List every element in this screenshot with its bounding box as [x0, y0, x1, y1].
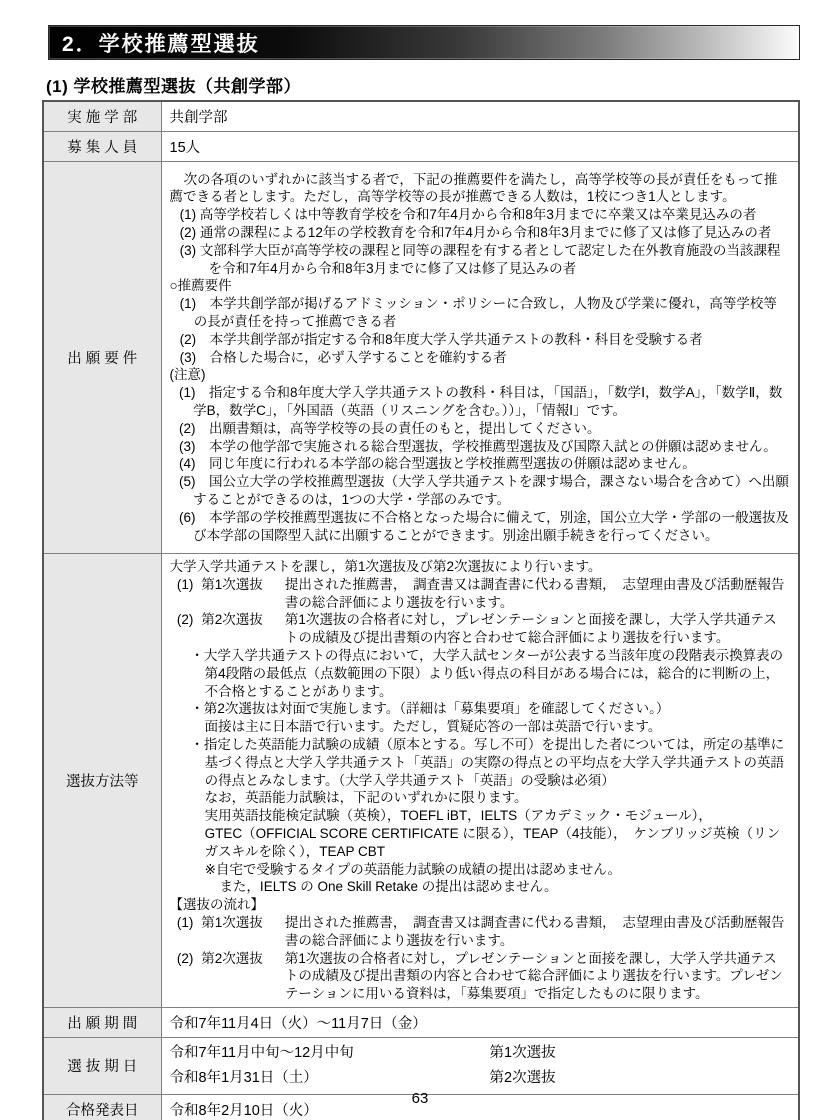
subsection-title: (1) 学校推薦型選抜（共創学部）	[46, 72, 301, 97]
table-row-requirements: 出 願 要 件 次の各項のいずれかに該当する者で，下記の推薦要件を満たし，高等学…	[43, 162, 799, 554]
item-marker: (2)	[170, 950, 202, 1003]
text-line: (5) 国公立大学の学校推薦型選抜（大学入学共通テストを課す場合，課さない場合を…	[170, 473, 791, 509]
text-line: 実用英語技能検定試験（英検），TOEFL iBT，IELTS（アカデミック・モジ…	[170, 807, 791, 825]
item-body: 提出された推薦書， 調査書又は調査書に代わる書類， 志望理由書及び活動歴報告書の…	[285, 576, 790, 612]
text-line: (注意)	[170, 366, 791, 384]
item-name: 第2次選抜	[201, 950, 285, 1003]
text-line: (3) 本学の他学部で実施される総合型選抜，学校推薦型選抜及び国際入試との併願は…	[170, 438, 791, 456]
text-line: (4) 同じ年度に行われる本学部の総合型選抜と学校推薦型選抜の併願は認めません。	[170, 455, 791, 473]
text-line: 次の各項のいずれかに該当する者で，下記の推薦要件を満たし，高等学校等の長が責任を…	[170, 171, 791, 207]
text-line: (1) 本学共創学部が掲げるアドミッション・ポリシーに合致し，人物及び学業に優れ…	[170, 295, 791, 331]
selection-date: 令和8年1月31日（土）	[170, 1066, 490, 1091]
table-row-capacity: 募 集 人 員 15人	[43, 132, 799, 162]
text-line: (2)第2次選抜第1次選抜の合格者に対し，プレゼンテーションと面接を課し，大学入…	[170, 950, 791, 1003]
selection-date-line: 令和8年1月31日（土） 第2次選抜	[170, 1066, 791, 1091]
row-value-method: 大学入学共通テストを課し，第1次選抜及び第2次選抜により行います。(1)第1次選…	[161, 554, 799, 1008]
text-line: ・指定した英語能力試験の成績（原本とする。写し不可）を提出した者については，所定…	[170, 736, 791, 789]
text-line: 大学入学共通テストを課し，第1次選抜及び第2次選抜により行います。	[170, 558, 791, 576]
row-label-faculty: 実 施 学 部	[43, 101, 161, 132]
row-label-requirements: 出 願 要 件	[43, 162, 161, 554]
item-name: 第1次選抜	[201, 914, 285, 950]
page-number: 63	[0, 1090, 840, 1107]
section-title: 2．学校推薦型選抜	[49, 28, 260, 58]
row-value-selection-dates: 令和7年11月中旬～12月中旬 第1次選抜 令和8年1月31日（土） 第2次選抜	[161, 1037, 799, 1094]
item-marker: (2)	[170, 611, 202, 647]
item-body: 第1次選抜の合格者に対し，プレゼンテーションと面接を課し，大学入学共通テストの成…	[285, 950, 790, 1003]
text-line: GTEC（OFFICIAL SCORE CERTIFICATE に限る），TEA…	[170, 825, 791, 861]
item-marker: (1)	[170, 914, 202, 950]
text-line: (2) 通常の課程による12年の学校教育を令和7年4月から令和8年3月までに修了…	[170, 224, 791, 242]
row-value-requirements: 次の各項のいずれかに該当する者で，下記の推薦要件を満たし，高等学校等の長が責任を…	[161, 162, 799, 554]
selection-stage: 第2次選抜	[490, 1066, 791, 1091]
text-line: ○推薦要件	[170, 277, 791, 295]
selection-date: 令和7年11月中旬～12月中旬	[170, 1041, 490, 1066]
text-line: 【選抜の流れ】	[170, 896, 791, 914]
text-line: ・第2次選抜は対面で実施します。（詳細は「募集要項」を確認してください。）	[170, 700, 791, 718]
row-label-application-period: 出 願 期 間	[43, 1007, 161, 1037]
item-name: 第2次選抜	[201, 611, 285, 647]
table-row-selection-dates: 選 抜 期 日 令和7年11月中旬～12月中旬 第1次選抜 令和8年1月31日（…	[43, 1037, 799, 1094]
table-row-application-period: 出 願 期 間 令和7年11月4日（火）～11月7日（金）	[43, 1007, 799, 1037]
text-line: (2) 本学共創学部が指定する令和8年度大学入学共通テストの教科・科目を受験する…	[170, 331, 791, 349]
row-value-faculty: 共創学部	[161, 101, 799, 132]
text-line: (1) 指定する令和8年度大学入学共通テストの教科・科目は，「国語」，「数学Ⅰ，…	[170, 384, 791, 420]
text-line: (2)第2次選抜第1次選抜の合格者に対し，プレゼンテーションと面接を課し，大学入…	[170, 611, 791, 647]
text-line: また，IELTS の One Skill Retake の提出は認めません。	[170, 878, 791, 896]
document-page: 2．学校推薦型選抜 (1) 学校推薦型選抜（共創学部） 実 施 学 部 共創学部…	[0, 0, 840, 1120]
row-value-capacity: 15人	[161, 132, 799, 162]
row-label-selection-dates: 選 抜 期 日	[43, 1037, 161, 1094]
text-line: ※自宅で受験するタイプの英語能力試験の成績の提出は認めません。	[170, 861, 791, 879]
selection-stage: 第1次選抜	[490, 1041, 791, 1066]
text-line: (3) 文部科学大臣が高等学校の課程と同等の課程を有する者として認定した在外教育…	[170, 242, 791, 278]
text-line: 面接は主に日本語で行います。ただし，質疑応答の一部は英語で行います。	[170, 718, 791, 736]
text-line: (1) 高等学校若しくは中等教育学校を令和7年4月から令和8年3月までに卒業又は…	[170, 206, 791, 224]
text-line: (6) 本学部の学校推薦型選抜に不合格となった場合に備えて，別途，国公立大学・学…	[170, 509, 791, 545]
row-value-application-period: 令和7年11月4日（火）～11月7日（金）	[161, 1007, 799, 1037]
text-line: (1)第1次選抜提出された推薦書， 調査書又は調査書に代わる書類， 志望理由書及…	[170, 914, 791, 950]
selection-info-table: 実 施 学 部 共創学部 募 集 人 員 15人 出 願 要 件 次の各項のいず…	[42, 100, 800, 1120]
section-title-bar: 2．学校推薦型選抜	[48, 25, 800, 60]
text-line: (2) 出願書類は，高等学校等の長の責任のもと，提出してください。	[170, 420, 791, 438]
item-body: 第1次選抜の合格者に対し，プレゼンテーションと面接を課し，大学入学共通テストの成…	[285, 611, 790, 647]
row-label-capacity: 募 集 人 員	[43, 132, 161, 162]
text-line: ・大学入学共通テストの得点において，大学入試センターが公表する当該年度の段階表示…	[170, 647, 791, 700]
text-line: (3) 合格した場合に，必ず入学することを確約する者	[170, 349, 791, 367]
text-line: なお，英語能力試験は，下記のいずれかに限ります。	[170, 789, 791, 807]
item-marker: (1)	[170, 576, 202, 612]
item-body: 提出された推薦書， 調査書又は調査書に代わる書類， 志望理由書及び活動歴報告書の…	[285, 914, 790, 950]
text-line: (1)第1次選抜提出された推薦書， 調査書又は調査書に代わる書類， 志望理由書及…	[170, 576, 791, 612]
table-row-faculty: 実 施 学 部 共創学部	[43, 101, 799, 132]
item-name: 第1次選抜	[201, 576, 285, 612]
table-row-method: 選抜方法等 大学入学共通テストを課し，第1次選抜及び第2次選抜により行います。(…	[43, 554, 799, 1008]
row-label-method: 選抜方法等	[43, 554, 161, 1008]
selection-date-line: 令和7年11月中旬～12月中旬 第1次選抜	[170, 1041, 791, 1066]
